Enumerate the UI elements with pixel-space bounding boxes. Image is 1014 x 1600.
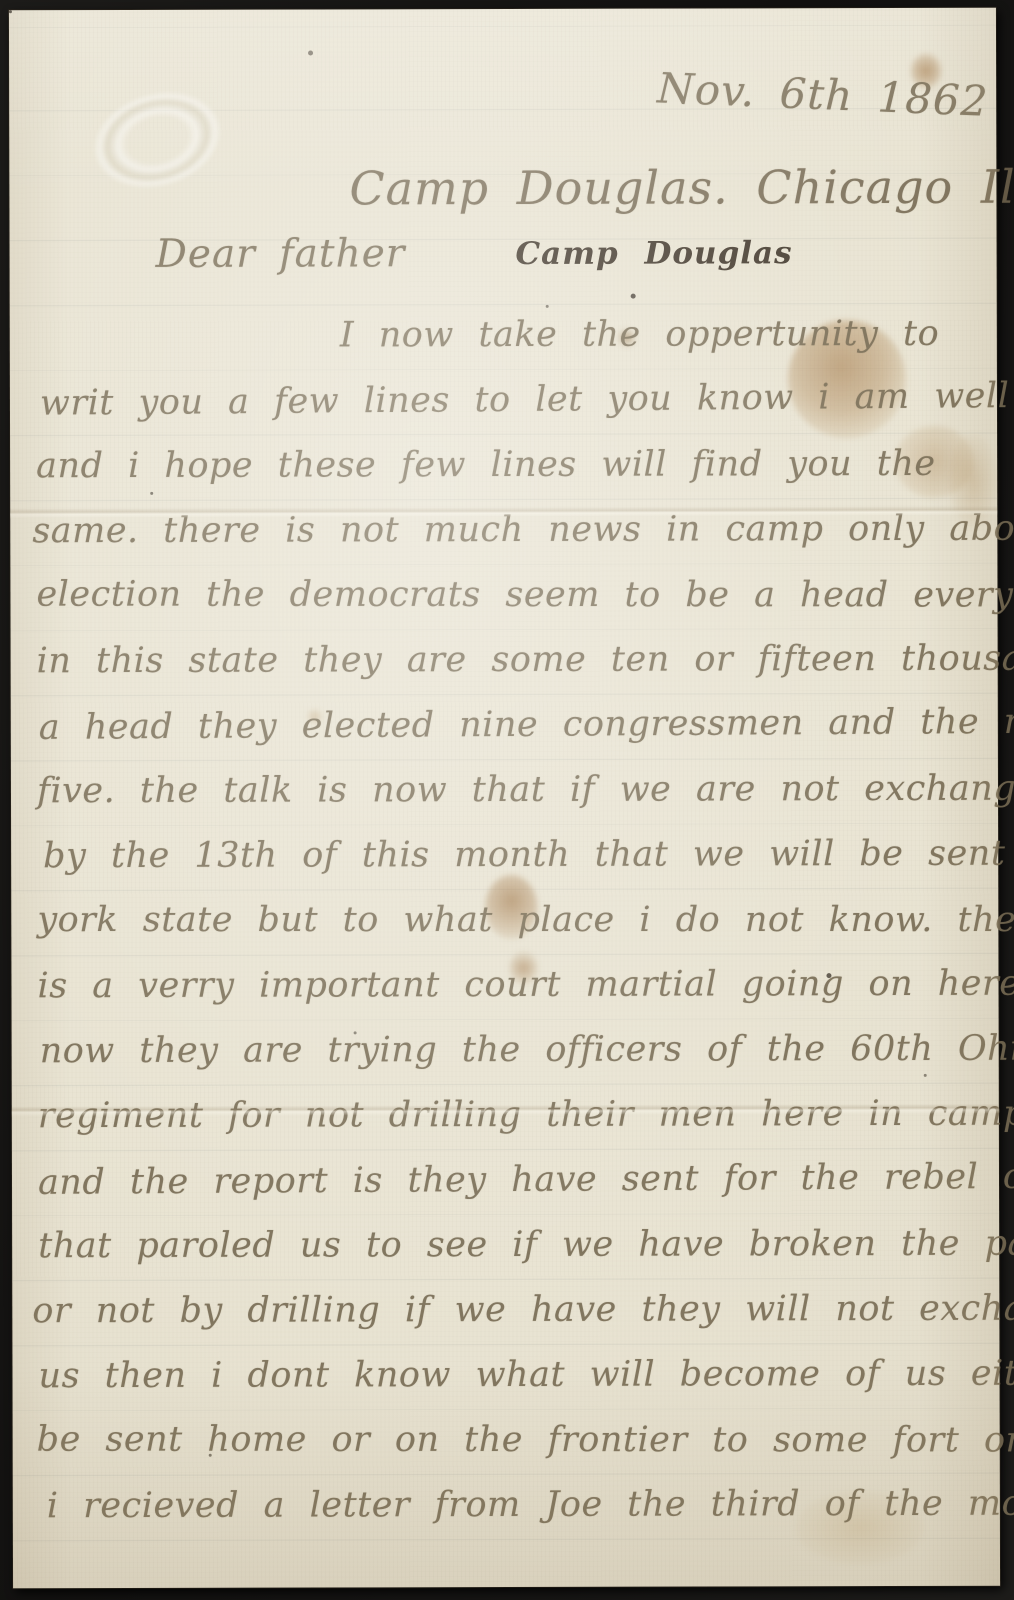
letter-line: a head they elected nine congressmen and… [39, 692, 980, 763]
letter-line: election the democrats seem to be a head… [36, 565, 979, 631]
paper-specks [9, 10, 12, 13]
letter-body: I now take the oppertunity to writ you a… [36, 304, 982, 1541]
letter-line: us then i dont know what will become of … [38, 1344, 981, 1411]
salutation: Dear father [156, 231, 406, 277]
heading-line: Camp Douglas. Chicago Ill [349, 160, 1014, 216]
letter-line: regiment for not drilling their men here… [38, 1084, 981, 1151]
letter-line: or not by drilling if we have they will … [32, 1279, 981, 1346]
embossed-seal [83, 78, 232, 202]
letter-line: five. the talk is now that if we are not… [37, 759, 980, 826]
letter-line: that paroled us to see if we have broken… [38, 1214, 981, 1281]
letter-line: by the 13th of this month that we will b… [43, 824, 980, 891]
letter-line: is a verry important court martial going… [37, 954, 980, 1021]
salutation-row: Dear fatherCamp Douglas [156, 230, 793, 277]
date-line: Nov. 6th 1862 [656, 63, 989, 126]
camp-douglas-annotation: Camp Douglas [515, 235, 792, 272]
letter-photo: Nov. 6th 1862 Camp Douglas. Chicago Ill … [0, 0, 1014, 1600]
letter-line: i recieved a letter from Joe the third o… [47, 1474, 982, 1541]
letter-paper: Nov. 6th 1862 Camp Douglas. Chicago Ill … [9, 8, 1000, 1589]
letter-line: and the report is they have sent for the… [38, 1147, 981, 1218]
letter-line: in this state they are some ten or fifte… [37, 629, 980, 696]
letter-line: writ you a few lines to let you know i a… [40, 366, 979, 438]
letter-line: york state but to what place i do not kn… [37, 890, 980, 955]
letter-line: and i hope these few lines will find you… [36, 434, 979, 501]
letter-line: be sent home or on the frontier to some … [37, 1410, 982, 1476]
letter-line: same. there is not much news in camp onl… [32, 499, 979, 566]
letter-line: I now take the oppertunity to [340, 304, 979, 371]
letter-line: now they are trying the officers of the … [40, 1019, 981, 1086]
